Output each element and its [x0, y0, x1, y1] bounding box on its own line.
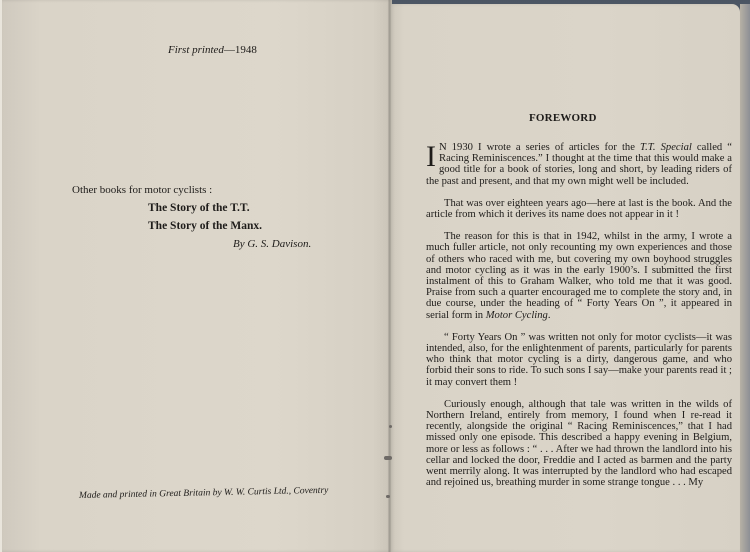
foreword-paragraph-2: That was over eighteen years ago—here at…	[426, 198, 732, 220]
foreword-paragraph-5: Curiously enough, although that tale was…	[426, 399, 732, 489]
first-printed-dash: —	[224, 44, 235, 56]
foreword-paragraph-4: “ Forty Years On ” was written not only …	[426, 332, 732, 388]
book-title-tt: The Story of the T.T.	[148, 202, 250, 214]
binding-mark	[386, 495, 390, 498]
drop-cap: I	[426, 145, 436, 169]
other-books-heading: Other books for motor cyclists :	[72, 184, 212, 196]
paragraph-text: The reason for this is that in 1942, whi…	[426, 231, 732, 320]
foreword-heading: FOREWORD	[529, 112, 597, 124]
publication-title-motor-cycling: Motor Cycling	[486, 310, 548, 321]
book-title-manx: The Story of the Manx.	[148, 220, 262, 232]
first-printed-line: First printed—1948	[168, 44, 257, 56]
first-printed-label: First printed	[168, 44, 224, 56]
paragraph-text: .	[548, 310, 551, 321]
foreword-paragraph-1: IN 1930 I wrote a series of articles for…	[426, 142, 732, 187]
binding-staple	[384, 456, 392, 460]
binding-mark	[389, 425, 392, 428]
first-printed-year: 1948	[235, 44, 257, 56]
paragraph-text: N 1930 I wrote a series of articles for …	[439, 142, 640, 153]
publication-title-tt-special: T.T. Special	[640, 142, 692, 153]
foreword-paragraph-3: The reason for this is that in 1942, whi…	[426, 231, 732, 321]
printer-imprint: Made and printed in Great Britain by W. …	[79, 486, 329, 501]
author-byline: By G. S. Davison.	[233, 238, 311, 250]
left-page: First printed—1948 Other books for motor…	[0, 0, 392, 552]
book-gutter	[388, 0, 391, 552]
foreword-body: IN 1930 I wrote a series of articles for…	[426, 142, 732, 499]
page-edge	[740, 4, 750, 552]
